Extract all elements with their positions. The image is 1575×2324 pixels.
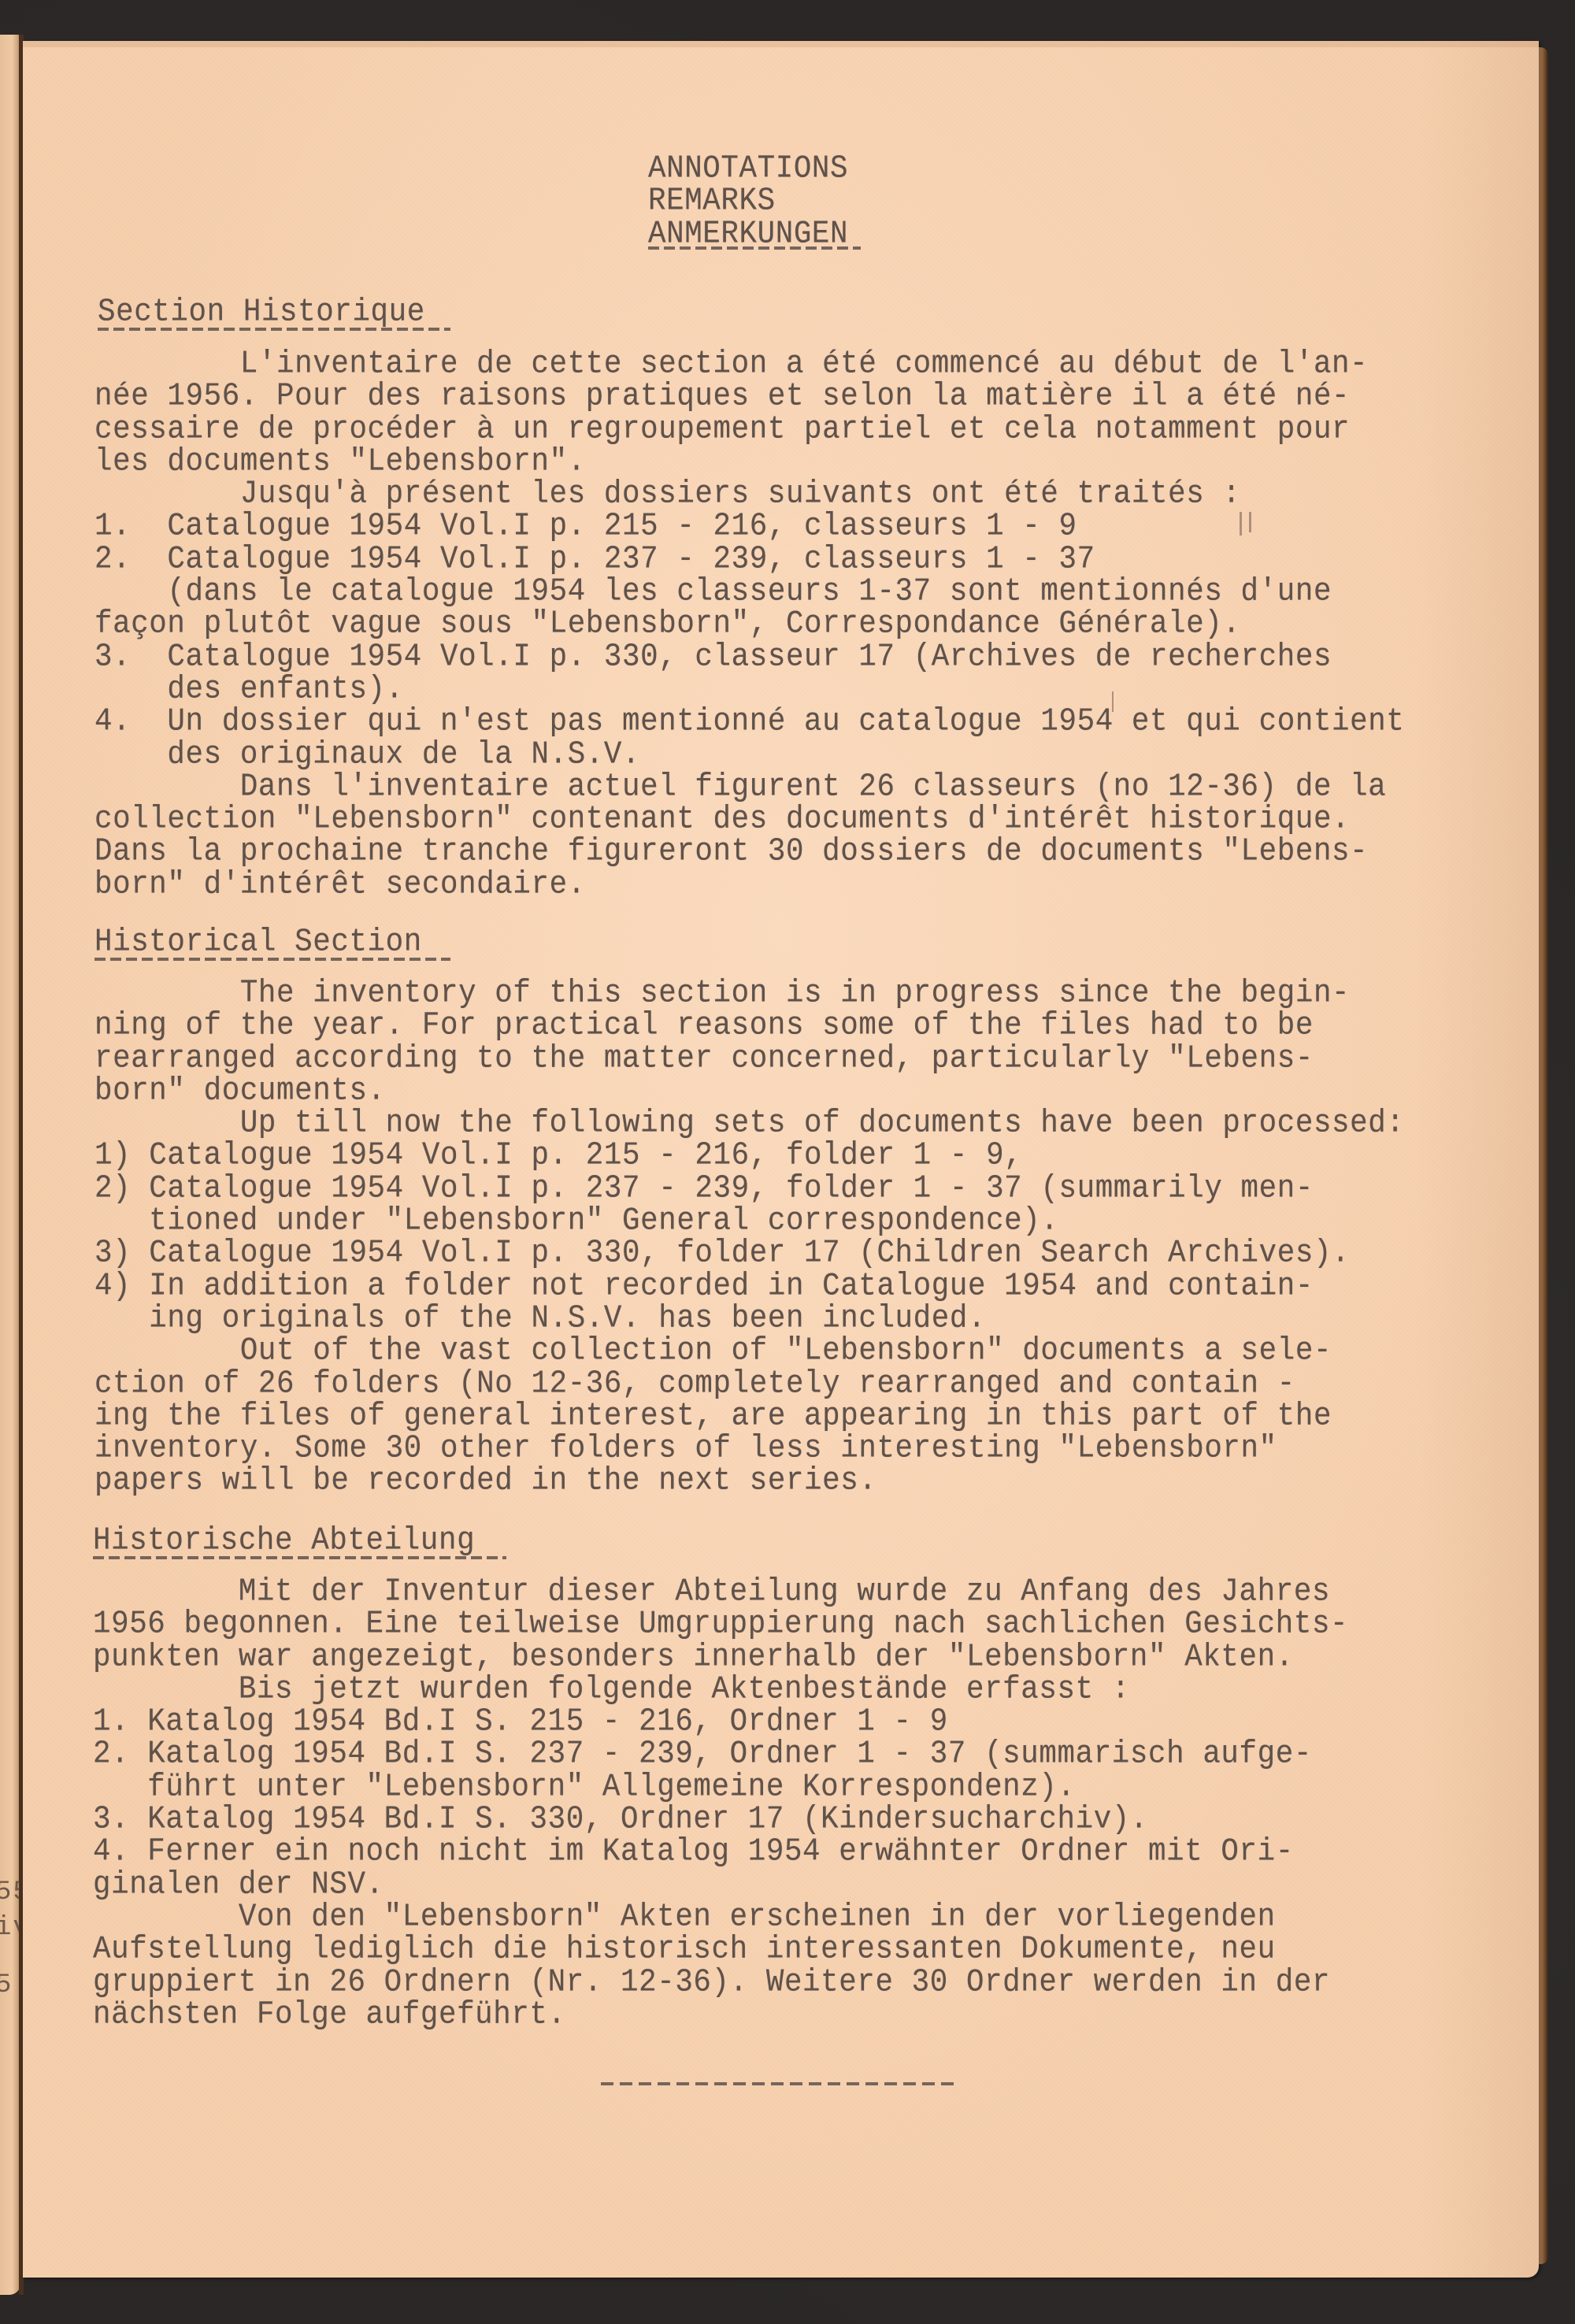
text-line: née 1956. Pour des raisons pratiques et … (94, 380, 1404, 415)
heading-underline (94, 958, 450, 961)
text-line: L'inventaire de cette section a été comm… (94, 347, 1404, 383)
text-line: ginalen der NSV. (93, 1868, 1348, 1903)
list-item: 4. Un dossier qui n'est pas mentionné au… (94, 705, 1404, 740)
text-line: papers will be recorded in the next seri… (94, 1464, 1404, 1499)
text-line: gruppiert in 26 Ordnern (Nr. 12-36). Wei… (93, 1966, 1348, 2001)
text-line: The inventory of this section is in prog… (94, 977, 1404, 1012)
text-line: Dans l'inventaire actuel figurent 26 cla… (94, 770, 1404, 806)
page-title: ANNOTATIONS REMARKS ANMERKUNGEN (648, 152, 861, 250)
margin-fragment: iv (0, 1913, 20, 1943)
list-item: 2. Catalogue 1954 Vol.I p. 237 - 239, cl… (94, 543, 1404, 578)
text-line: Out of the vast collection of "Lebensbor… (94, 1334, 1404, 1370)
text-line: Von den "Lebensborn" Akten erscheinen in… (93, 1900, 1348, 1936)
list-item: 3) Catalogue 1954 Vol.I p. 330, folder 1… (94, 1236, 1404, 1272)
text-line: tioned under "Lebensborn" General corres… (94, 1204, 1404, 1240)
previous-page-edge: 55 iv 5. (0, 35, 20, 2295)
section-heading-en: Historical Section (94, 925, 450, 961)
text-line: les documents "Lebensborn". (94, 445, 1404, 480)
list-item: 1. Catalogue 1954 Vol.I p. 215 - 216, cl… (94, 510, 1404, 545)
list-item: 4. Ferner ein noch nicht im Katalog 1954… (93, 1835, 1348, 1870)
section-heading-de: Historische Abteilung (93, 1524, 506, 1559)
text-line: born" documents. (94, 1074, 1404, 1110)
title-underline (648, 246, 861, 250)
text-line: façon plutôt vague sous "Lebensborn", Co… (94, 607, 1404, 643)
text-line: Dans la prochaine tranche figureront 30 … (94, 835, 1404, 870)
text-line: cessaire de procéder à un regroupement p… (94, 413, 1404, 448)
list-item: 3. Catalogue 1954 Vol.I p. 330, classeur… (94, 640, 1404, 676)
text-line: des originaux de la N.S.V. (94, 738, 1404, 773)
section-body-de: Mit der Inventur dieser Abteilung wurde … (93, 1575, 1348, 2030)
text-line: inventory. Some 30 other folders of less… (94, 1432, 1404, 1467)
footer-divider (601, 2082, 954, 2085)
heading-underline (93, 1556, 506, 1559)
text-line: Jusqu'à présent les dossiers suivants on… (94, 477, 1404, 513)
text-line: Mit der Inventur dieser Abteilung wurde … (93, 1575, 1348, 1610)
text-line: ing originals of the N.S.V. has been inc… (94, 1302, 1404, 1337)
title-fr: ANNOTATIONS (648, 152, 861, 187)
list-item: 1) Catalogue 1954 Vol.I p. 215 - 216, fo… (94, 1139, 1404, 1174)
text-line: punkten war angezeigt, besonders innerha… (93, 1640, 1348, 1676)
text-line: rearranged according to the matter conce… (94, 1042, 1404, 1077)
margin-fragment: 55 (0, 1877, 20, 1907)
text-line: ction of 26 folders (No 12-36, completel… (94, 1367, 1404, 1403)
heading-text: Historical Section (94, 925, 422, 960)
text-line: born" d'intérêt secondaire. (94, 868, 1404, 903)
section-body-fr: L'inventaire de cette section a été comm… (94, 347, 1404, 900)
list-item: 1. Katalog 1954 Bd.I S. 215 - 216, Ordne… (93, 1705, 1348, 1740)
list-item: 4) In addition a folder not recorded in … (94, 1269, 1404, 1305)
heading-text: Historische Abteilung (93, 1524, 475, 1559)
heading-underline (98, 328, 450, 331)
section-heading-fr: Section Historique (98, 295, 450, 331)
text-line: (dans le catalogue 1954 les classeurs 1-… (94, 575, 1404, 610)
page-top-band (23, 41, 1539, 47)
section-body-en: The inventory of this section is in prog… (94, 977, 1404, 1497)
list-item: 3. Katalog 1954 Bd.I S. 330, Ordner 17 (… (93, 1803, 1348, 1838)
text-line: ning of the year. For practical reasons … (94, 1009, 1404, 1044)
text-line: Aufstellung lediglich die historisch int… (93, 1933, 1348, 1968)
text-line: collection "Lebensborn" contenant des do… (94, 802, 1404, 838)
text-line: ing the files of general interest, are a… (94, 1399, 1404, 1435)
text-line: führt unter "Lebensborn" Allgemeine Korr… (93, 1770, 1348, 1806)
pencil-mark (1240, 512, 1242, 536)
text-line: Up till now the following sets of docume… (94, 1106, 1404, 1142)
margin-fragment: 5. (0, 1970, 20, 2000)
pencil-mark (1112, 691, 1114, 712)
text-line: nächsten Folge aufgeführt. (93, 1998, 1348, 2033)
text-line: des enfants). (94, 673, 1404, 708)
heading-text: Section Historique (98, 295, 425, 330)
pencil-mark (1249, 512, 1251, 532)
list-item: 2) Catalogue 1954 Vol.I p. 237 - 239, fo… (94, 1172, 1404, 1207)
text-line: 1956 begonnen. Eine teilweise Umgruppier… (93, 1607, 1348, 1643)
list-item: 2. Katalog 1954 Bd.I S. 237 - 239, Ordne… (93, 1737, 1348, 1773)
title-en: REMARKS (648, 184, 861, 220)
text-line: Bis jetzt wurden folgende Aktenbestände … (93, 1673, 1348, 1708)
